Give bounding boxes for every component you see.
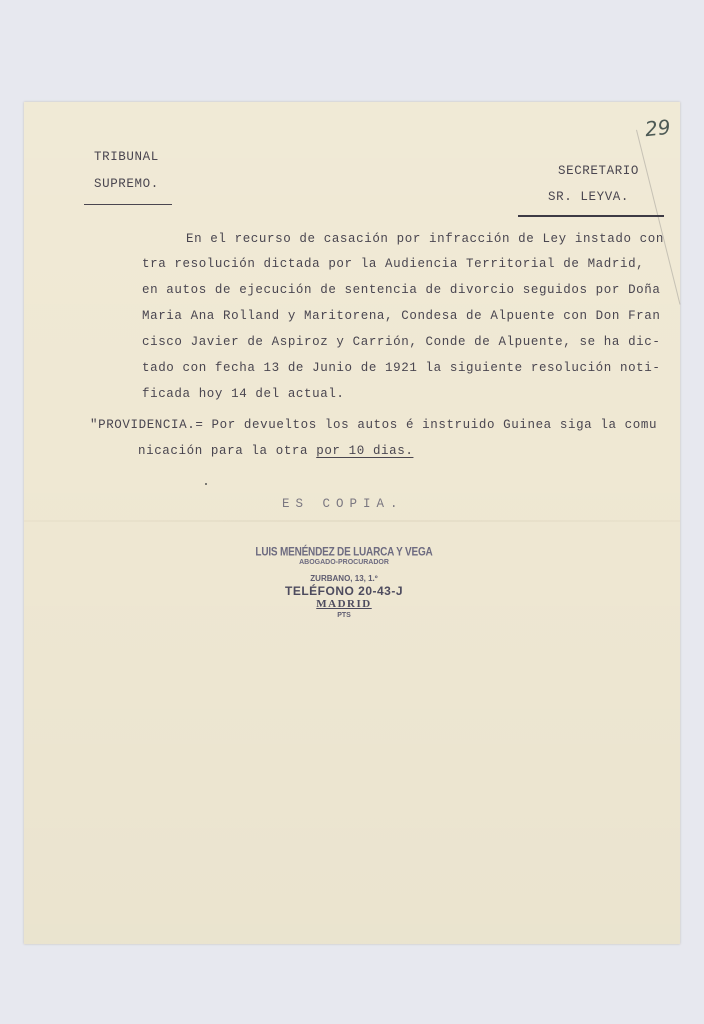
providencia-line2-text: nicación para la otra <box>138 444 316 458</box>
providencia-line1: "PROVIDENCIA.= Por devueltos los autos é… <box>90 418 657 432</box>
body-line: En el recurso de casación por infracción… <box>186 232 664 246</box>
fold-crease <box>24 520 680 522</box>
header-left-rule <box>84 204 172 205</box>
providencia-line2: nicación para la otra por 10 dias. <box>138 444 413 458</box>
folio-number: 29 <box>644 115 672 142</box>
stamp-mark: PTS <box>254 612 434 619</box>
stamp-name: LUIS MENÉNDEZ DE LUARCA Y VEGA <box>254 546 434 559</box>
header-court-line2: SUPREMO. <box>94 177 159 191</box>
body-line: cisco Javier de Aspiroz y Carrión, Conde… <box>142 335 660 349</box>
attorney-stamp: LUIS MENÉNDEZ DE LUARCA Y VEGA ABOGADO-P… <box>254 547 434 619</box>
body-line: Maria Ana Rolland y Maritorena, Condesa … <box>142 309 660 323</box>
document-page: 29 TRIBUNAL SUPREMO. SECRETARIO SR. LEYV… <box>24 102 680 944</box>
stamp-phone: TELÉFONO 20-43-J <box>254 584 434 598</box>
stamp-title: ABOGADO-PROCURADOR <box>254 559 434 566</box>
header-court-line1: TRIBUNAL <box>94 150 159 164</box>
body-line: tado con fecha 13 de Junio de 1921 la si… <box>142 361 660 375</box>
header-secretary-line1: SECRETARIO <box>558 164 639 178</box>
pencil-mark <box>636 130 681 305</box>
providencia-term-underlined: por 10 dias. <box>316 444 413 458</box>
body-line: ficada hoy 14 del actual. <box>142 387 345 401</box>
body-line: en autos de ejecución de sentencia de di… <box>142 283 660 297</box>
body-line: tra resolución dictada por la Audiencia … <box>142 257 644 271</box>
ink-dot <box>205 483 207 485</box>
header-secretary-line2: SR. LEYVA. <box>548 190 629 204</box>
stamp-divider <box>254 566 434 572</box>
header-right-rule <box>518 215 664 217</box>
stamp-city: MADRID <box>254 598 434 610</box>
stamp-address: ZURBANO, 13, 1.º <box>254 574 434 583</box>
certification-text: ES COPIA. <box>282 497 404 511</box>
